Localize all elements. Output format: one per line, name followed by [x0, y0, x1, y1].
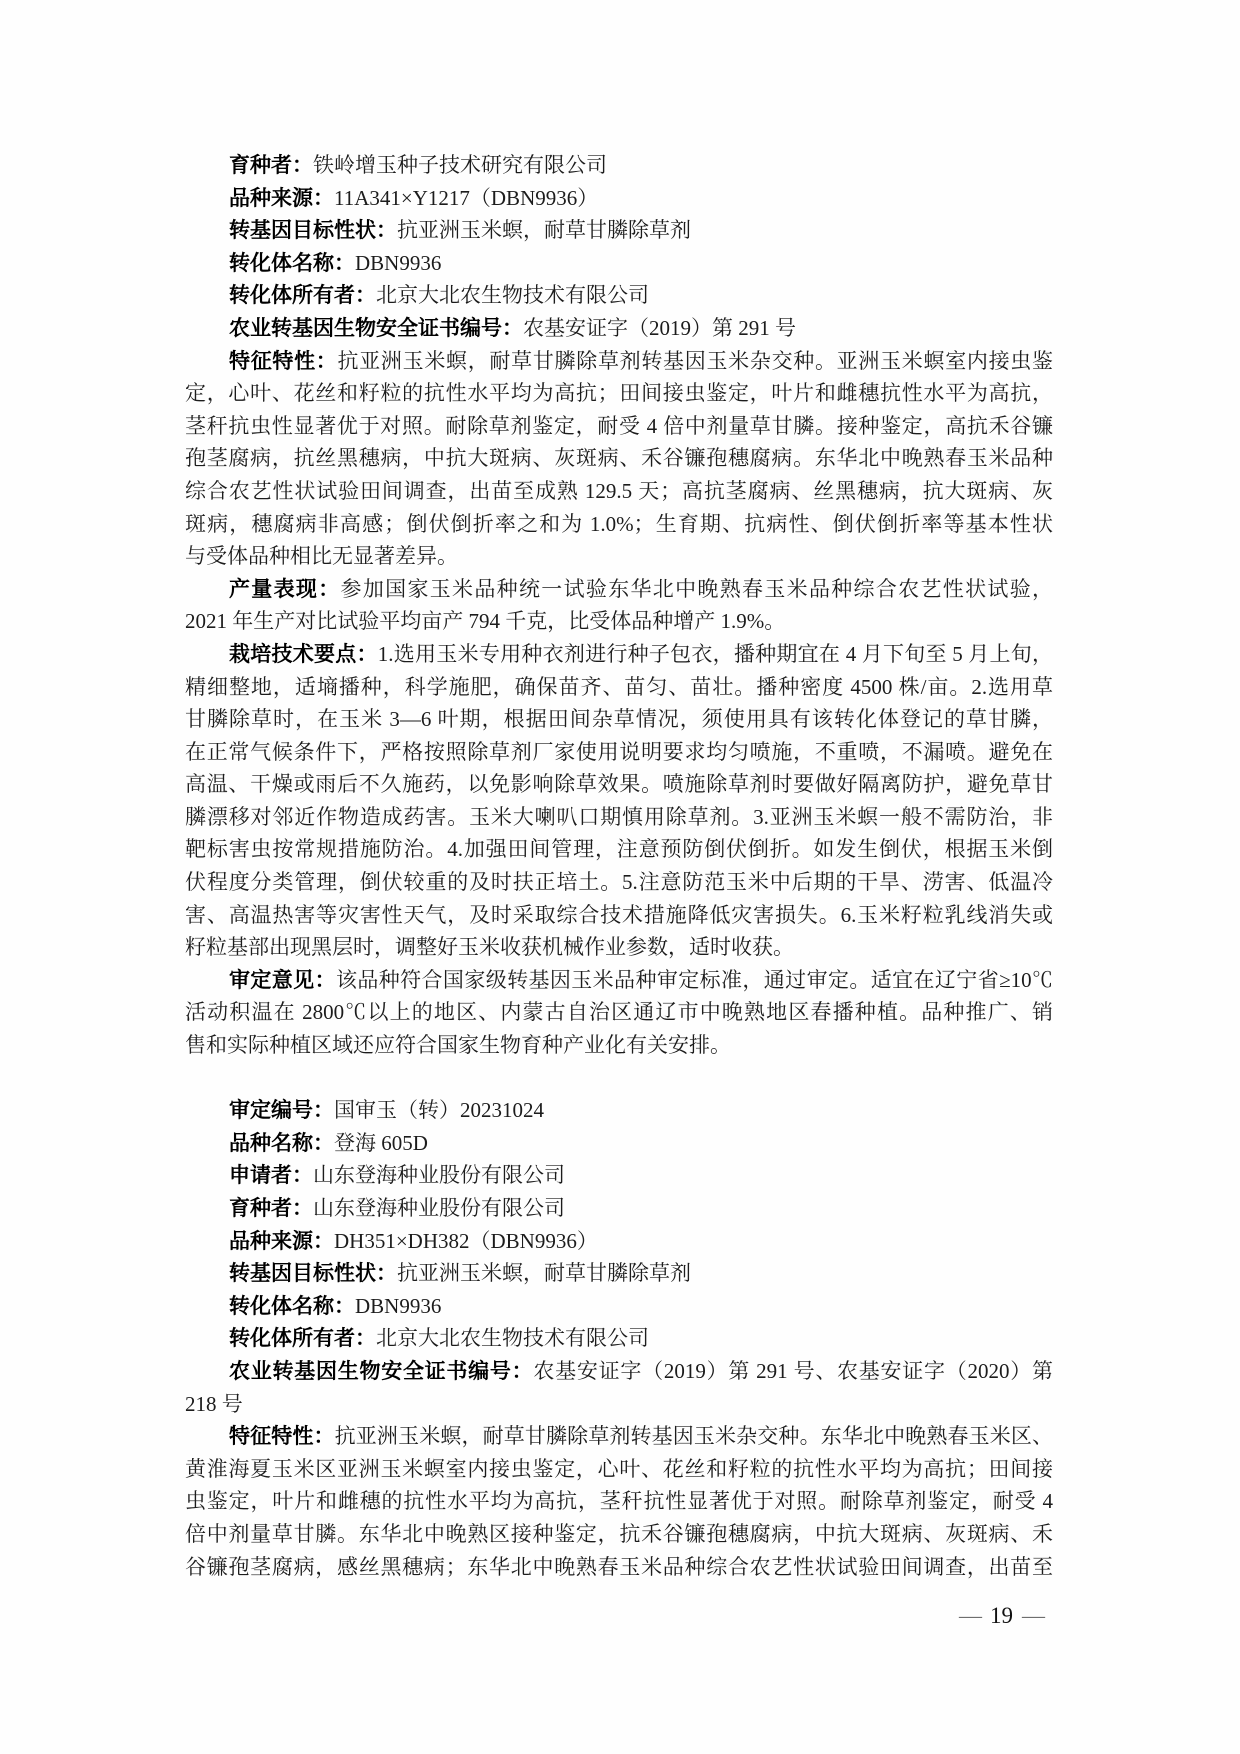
document-line: 膦漂移对邻近作物造成药害。玉米大喇叭口期慎用除草剂。3.亚洲玉米螟一般不需防治，…: [185, 801, 1053, 834]
document-line: 品种名称：登海 605D: [185, 1127, 1053, 1160]
document-line: 转化体名称：DBN9936: [185, 247, 1053, 280]
scanned-document-page: { "page": { "page_number": "19", "page_n…: [0, 0, 1240, 1754]
document-line: 转化体所有者：北京大北农生物技术有限公司: [185, 1322, 1053, 1355]
field-label: 特征特性：: [229, 1425, 335, 1448]
field-label: 育种者：: [229, 1197, 313, 1220]
document-line: 精细整地，适墒播种，科学施肥，确保苗齐、苗匀、苗壮。播种密度 4500 株/亩。…: [185, 671, 1053, 704]
document-line: 斑病，穗腐病非高感；倒伏倒折率之和为 1.0%；生育期、抗病性、倒伏倒折率等基本…: [185, 508, 1053, 541]
document-line: 品种来源：DH351×DH382（DBN9936）: [185, 1225, 1053, 1258]
line-text: DH351×DH382（DBN9936）: [334, 1229, 598, 1253]
document-line: 审定编号：国审玉（转）20231024: [185, 1094, 1053, 1127]
field-label: 品种来源：: [229, 187, 334, 210]
document-line: 农业转基因生物安全证书编号：农基安证字（2019）第 291 号: [185, 312, 1053, 345]
document-line: 产量表现：参加国家玉米品种统一试验东华北中晚熟春玉米品种综合农艺性状试验，: [185, 573, 1053, 606]
document-line: 综合农艺性状试验田间调查，出苗至成熟 129.5 天；高抗茎腐病、丝黑穗病，抗大…: [185, 475, 1053, 508]
line-text: 斑病，穗腐病非高感；倒伏倒折率之和为 1.0%；生育期、抗病性、倒伏倒折率等基本…: [185, 512, 1053, 536]
document-line: 茎秆抗虫性显著优于对照。耐除草剂鉴定，耐受 4 倍中剂量草甘膦。接种鉴定，高抗禾…: [185, 410, 1053, 443]
document-line: 害、高温热害等灾害性天气，及时采取综合技术措施降低灾害损失。6.玉米籽粒乳线消失…: [185, 899, 1053, 932]
field-label: 品种名称：: [229, 1132, 334, 1155]
document-line: 伏程度分类管理，倒伏较重的及时扶正培土。5.注意防范玉米中后期的干旱、涝害、低温…: [185, 866, 1053, 899]
line-text: 茎秆抗虫性显著优于对照。耐除草剂鉴定，耐受 4 倍中剂量草甘膦。接种鉴定，高抗禾…: [185, 414, 1053, 438]
field-label: 转基因目标性状：: [229, 219, 397, 242]
document-line: 审定意见：该品种符合国家级转基因玉米品种审定标准，通过审定。适宜在辽宁省≥10℃: [185, 964, 1053, 997]
document-line: 谷镰孢茎腐病，感丝黑穗病；东华北中晚熟春玉米品种综合农艺性状试验田间调查，出苗至: [185, 1551, 1053, 1584]
page-number-value: 19: [990, 1603, 1013, 1628]
document-line: 特征特性：抗亚洲玉米螟，耐草甘膦除草剂转基因玉米杂交种。亚洲玉米螟室内接虫鉴: [185, 345, 1053, 378]
document-line: 定，心叶、花丝和籽粒的抗性水平均为高抗；田间接虫鉴定，叶片和雌穗抗性水平为高抗，: [185, 377, 1053, 410]
field-label: 特征特性：: [229, 350, 338, 373]
document-line: 农业转基因生物安全证书编号：农基安证字（2019）第 291 号、农基安证字（2…: [185, 1355, 1053, 1388]
document-line: 孢茎腐病，抗丝黑穗病，中抗大斑病、灰斑病、禾谷镰孢穗腐病。东华北中晚熟春玉米品种: [185, 442, 1053, 475]
line-text: 抗亚洲玉米螟，耐草甘膦除草剂转基因玉米杂交种。东华北中晚熟春玉米区、: [335, 1424, 1053, 1448]
document-line: 2021 年生产对比试验平均亩产 794 千克，比受体品种增产 1.9%。: [185, 605, 1053, 638]
line-text: 北京大北农生物技术有限公司: [376, 283, 649, 307]
line-text: 国审玉（转）20231024: [334, 1098, 544, 1122]
line-text: 甘膦除草时，在玉米 3—6 叶期，根据田间杂草情况，须使用具有该转化体登记的草甘…: [185, 707, 1053, 731]
document-line: 育种者：山东登海种业股份有限公司: [185, 1192, 1053, 1225]
document-line: 活动积温在 2800℃以上的地区、内蒙古自治区通辽市中晚熟地区春播种植。品种推广…: [185, 996, 1053, 1029]
document-body: 育种者：铁岭增玉种子技术研究有限公司品种来源：11A341×Y1217（DBN9…: [185, 149, 1053, 1583]
line-text: 2021 年生产对比试验平均亩产 794 千克，比受体品种增产 1.9%。: [185, 609, 785, 633]
document-line: 在正常气候条件下，严格按照除草剂厂家使用说明要求均匀喷施，不重喷，不漏喷。避免在: [185, 736, 1053, 769]
line-text: 山东登海种业股份有限公司: [313, 1163, 565, 1187]
field-label: 转化体所有者：: [229, 284, 376, 307]
document-line: 转化体所有者：北京大北农生物技术有限公司: [185, 279, 1053, 312]
document-line: 甘膦除草时，在玉米 3—6 叶期，根据田间杂草情况，须使用具有该转化体登记的草甘…: [185, 703, 1053, 736]
document-line: 转化体名称：DBN9936: [185, 1290, 1053, 1323]
line-text: 1.选用玉米专用种衣剂进行种子包衣，播种期宜在 4 月下旬至 5 月上旬，: [378, 642, 1053, 666]
document-line: 栽培技术要点：1.选用玉米专用种衣剂进行种子包衣，播种期宜在 4 月下旬至 5 …: [185, 638, 1053, 671]
line-text: 籽粒基部出现黑层时，调整好玉米收获机械作业参数，适时收获。: [185, 935, 794, 959]
line-text: 虫鉴定，叶片和雌穗的抗性水平均为高抗，茎秆抗性显著优于对照。耐除草剂鉴定，耐受 …: [185, 1489, 1053, 1513]
line-text: 综合农艺性状试验田间调查，出苗至成熟 129.5 天；高抗茎腐病、丝黑穗病，抗大…: [185, 479, 1053, 503]
line-text: DBN9936: [355, 1294, 441, 1318]
line-text: 精细整地，适墒播种，科学施肥，确保苗齐、苗匀、苗壮。播种密度 4500 株/亩。…: [185, 675, 1053, 699]
document-line: 与受体品种相比无显著差异。: [185, 540, 1053, 573]
field-label: 栽培技术要点：: [229, 643, 378, 666]
field-label: 转化体所有者：: [229, 1327, 376, 1350]
document-line: 靶标害虫按常规措施防治。4.加强田间管理，注意预防倒伏倒折。如发生倒伏，根据玉米…: [185, 833, 1053, 866]
line-text: 伏程度分类管理，倒伏较重的及时扶正培土。5.注意防范玉米中后期的干旱、涝害、低温…: [185, 870, 1053, 894]
page-sheet: 育种者：铁岭增玉种子技术研究有限公司品种来源：11A341×Y1217（DBN9…: [0, 0, 1240, 1754]
field-label: 品种来源：: [229, 1230, 334, 1253]
field-label: 产量表现：: [229, 578, 341, 601]
line-text: 北京大北农生物技术有限公司: [376, 1326, 649, 1350]
document-section-variety-entry-dbn9936-tieling: 育种者：铁岭增玉种子技术研究有限公司品种来源：11A341×Y1217（DBN9…: [185, 149, 1053, 1062]
line-text: 谷镰孢茎腐病，感丝黑穗病；东华北中晚熟春玉米品种综合农艺性状试验田间调查，出苗至: [185, 1555, 1053, 1579]
line-text: 抗亚洲玉米螟，耐草甘膦除草剂: [397, 218, 691, 242]
document-line: 籽粒基部出现黑层时，调整好玉米收获机械作业参数，适时收获。: [185, 931, 1053, 964]
line-text: 倍中剂量草甘膦。东华北中晚熟区接种鉴定，抗禾谷镰孢穗腐病，中抗大斑病、灰斑病、禾: [185, 1522, 1053, 1546]
document-line: 品种来源：11A341×Y1217（DBN9936）: [185, 182, 1053, 215]
line-text: 抗亚洲玉米螟，耐草甘膦除草剂转基因玉米杂交种。亚洲玉米螟室内接虫鉴: [338, 349, 1053, 373]
document-line: 转基因目标性状：抗亚洲玉米螟，耐草甘膦除草剂: [185, 1257, 1053, 1290]
field-label: 转基因目标性状：: [229, 1262, 397, 1285]
field-label: 农业转基因生物安全证书编号：: [229, 1360, 533, 1383]
document-line: 特征特性：抗亚洲玉米螟，耐草甘膦除草剂转基因玉米杂交种。东华北中晚熟春玉米区、: [185, 1420, 1053, 1453]
field-label: 审定意见：: [229, 969, 336, 992]
field-label: 审定编号：: [229, 1099, 334, 1122]
line-text: 靶标害虫按常规措施防治。4.加强田间管理，注意预防倒伏倒折。如发生倒伏，根据玉米…: [185, 837, 1053, 861]
line-text: 在正常气候条件下，严格按照除草剂厂家使用说明要求均匀喷施，不重喷，不漏喷。避免在: [185, 740, 1053, 764]
page-number-right-dash: —: [1013, 1603, 1053, 1628]
line-text: 与受体品种相比无显著差异。: [185, 544, 458, 568]
line-text: 登海 605D: [334, 1131, 428, 1155]
line-text: 高温、干燥或雨后不久施药，以免影响除草效果。喷施除草剂时要做好隔离防护，避免草甘: [185, 772, 1053, 796]
line-text: 膦漂移对邻近作物造成药害。玉米大喇叭口期慎用除草剂。3.亚洲玉米螟一般不需防治，…: [185, 805, 1053, 829]
line-text: 农基安证字（2019）第 291 号、农基安证字（2020）第: [533, 1359, 1053, 1383]
field-label: 育种者：: [229, 154, 313, 177]
document-section-variety-entry-denghai-605d: 审定编号：国审玉（转）20231024品种名称：登海 605D申请者：山东登海种…: [185, 1094, 1053, 1583]
line-text: 活动积温在 2800℃以上的地区、内蒙古自治区通辽市中晚熟地区春播种植。品种推广…: [185, 1000, 1053, 1024]
document-line: 黄淮海夏玉米区亚洲玉米螟室内接虫鉴定，心叶、花丝和籽粒的抗性水平均为高抗；田间接: [185, 1453, 1053, 1486]
line-text: 该品种符合国家级转基因玉米品种审定标准，通过审定。适宜在辽宁省≥10℃: [336, 968, 1053, 992]
document-line: 转基因目标性状：抗亚洲玉米螟，耐草甘膦除草剂: [185, 214, 1053, 247]
line-text: 定，心叶、花丝和籽粒的抗性水平均为高抗；田间接虫鉴定，叶片和雌穗抗性水平为高抗，: [185, 381, 1053, 405]
line-text: 农基安证字（2019）第 291 号: [523, 316, 796, 340]
field-label: 农业转基因生物安全证书编号：: [229, 317, 523, 340]
line-text: 抗亚洲玉米螟，耐草甘膦除草剂: [397, 1261, 691, 1285]
line-text: DBN9936: [355, 251, 441, 275]
line-text: 参加国家玉米品种统一试验东华北中晚熟春玉米品种综合农艺性状试验，: [341, 577, 1053, 601]
line-text: 铁岭增玉种子技术研究有限公司: [313, 153, 607, 177]
document-line: 虫鉴定，叶片和雌穗的抗性水平均为高抗，茎秆抗性显著优于对照。耐除草剂鉴定，耐受 …: [185, 1485, 1053, 1518]
document-line: 高温、干燥或雨后不久施药，以免影响除草效果。喷施除草剂时要做好隔离防护，避免草甘: [185, 768, 1053, 801]
field-label: 转化体名称：: [229, 1295, 355, 1318]
document-line: 申请者：山东登海种业股份有限公司: [185, 1159, 1053, 1192]
line-text: 黄淮海夏玉米区亚洲玉米螟室内接虫鉴定，心叶、花丝和籽粒的抗性水平均为高抗；田间接: [185, 1457, 1053, 1481]
document-line: 育种者：铁岭增玉种子技术研究有限公司: [185, 149, 1053, 182]
page-number: —19—: [185, 1601, 1053, 1631]
line-text: 售和实际种植区域还应符合国家生物育种产业化有关安排。: [185, 1033, 731, 1057]
line-text: 218 号: [185, 1392, 243, 1416]
line-text: 山东登海种业股份有限公司: [313, 1196, 565, 1220]
document-line: 倍中剂量草甘膦。东华北中晚熟区接种鉴定，抗禾谷镰孢穗腐病，中抗大斑病、灰斑病、禾: [185, 1518, 1053, 1551]
line-text: 孢茎腐病，抗丝黑穗病，中抗大斑病、灰斑病、禾谷镰孢穗腐病。东华北中晚熟春玉米品种: [185, 446, 1053, 470]
document-line: 218 号: [185, 1388, 1053, 1421]
field-label: 申请者：: [229, 1164, 313, 1187]
document-line: 售和实际种植区域还应符合国家生物育种产业化有关安排。: [185, 1029, 1053, 1062]
line-text: 害、高温热害等灾害性天气，及时采取综合技术措施降低灾害损失。6.玉米籽粒乳线消失…: [185, 903, 1053, 927]
page-number-left-dash: —: [950, 1603, 990, 1628]
field-label: 转化体名称：: [229, 252, 355, 275]
line-text: 11A341×Y1217（DBN9936）: [334, 186, 598, 210]
